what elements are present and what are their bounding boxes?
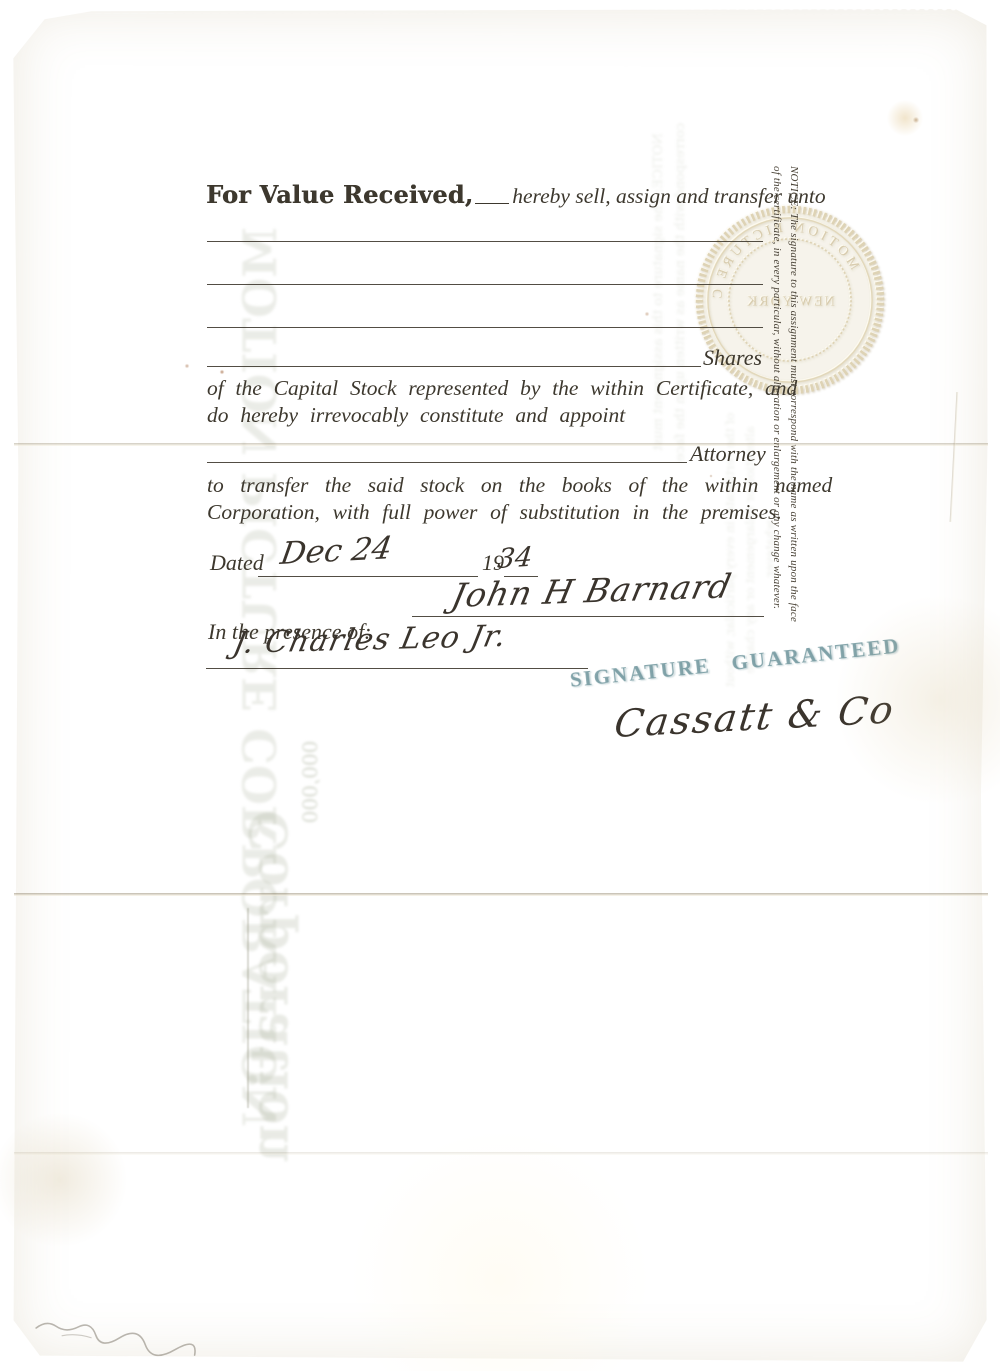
handwritten-year: 34 <box>496 542 534 575</box>
shares-blank-line <box>207 352 701 367</box>
assignor-name-blank <box>475 203 509 204</box>
capital-stock-line-1: of the Capital Stock represented by the … <box>207 376 797 401</box>
witness-signature: J. Charles Leo Jr. <box>230 619 510 661</box>
transferee-blank-line-2 <box>207 270 763 285</box>
notice-line-1: NOTICE: The signature to this assignment… <box>785 166 802 688</box>
notice-line-2: of the certificate, in every particular,… <box>768 166 785 688</box>
transferee-blank-line-3 <box>207 313 763 328</box>
attorney-label: Attorney <box>690 441 766 467</box>
transferee-blank-line-1 <box>207 227 763 242</box>
capital-stock-line-2: do hereby irrevocably constitute and app… <box>207 403 625 428</box>
scanned-stock-certificate-back: MOTION PICTURE CORPORATION Corporation 0… <box>0 0 1000 1371</box>
notice-vertical-text: NOTICE: The signature to this assignment… <box>766 166 802 688</box>
transfer-line-2: Corporation, with full power of substitu… <box>207 500 782 525</box>
transfer-line-1: to transfer the said stock on the books … <box>207 473 832 498</box>
shares-label: Shares <box>703 345 762 371</box>
handwritten-date: Dec 24 <box>278 530 395 572</box>
aged-paper-sheet <box>11 7 990 1363</box>
assignment-heading: For Value Received, hereby sell, assign … <box>206 180 826 209</box>
attorney-blank-line <box>207 448 687 463</box>
show-through-rule-line <box>247 908 249 1108</box>
dated-label: Dated <box>210 550 264 576</box>
for-value-received-text: For Value Received, <box>206 180 473 209</box>
